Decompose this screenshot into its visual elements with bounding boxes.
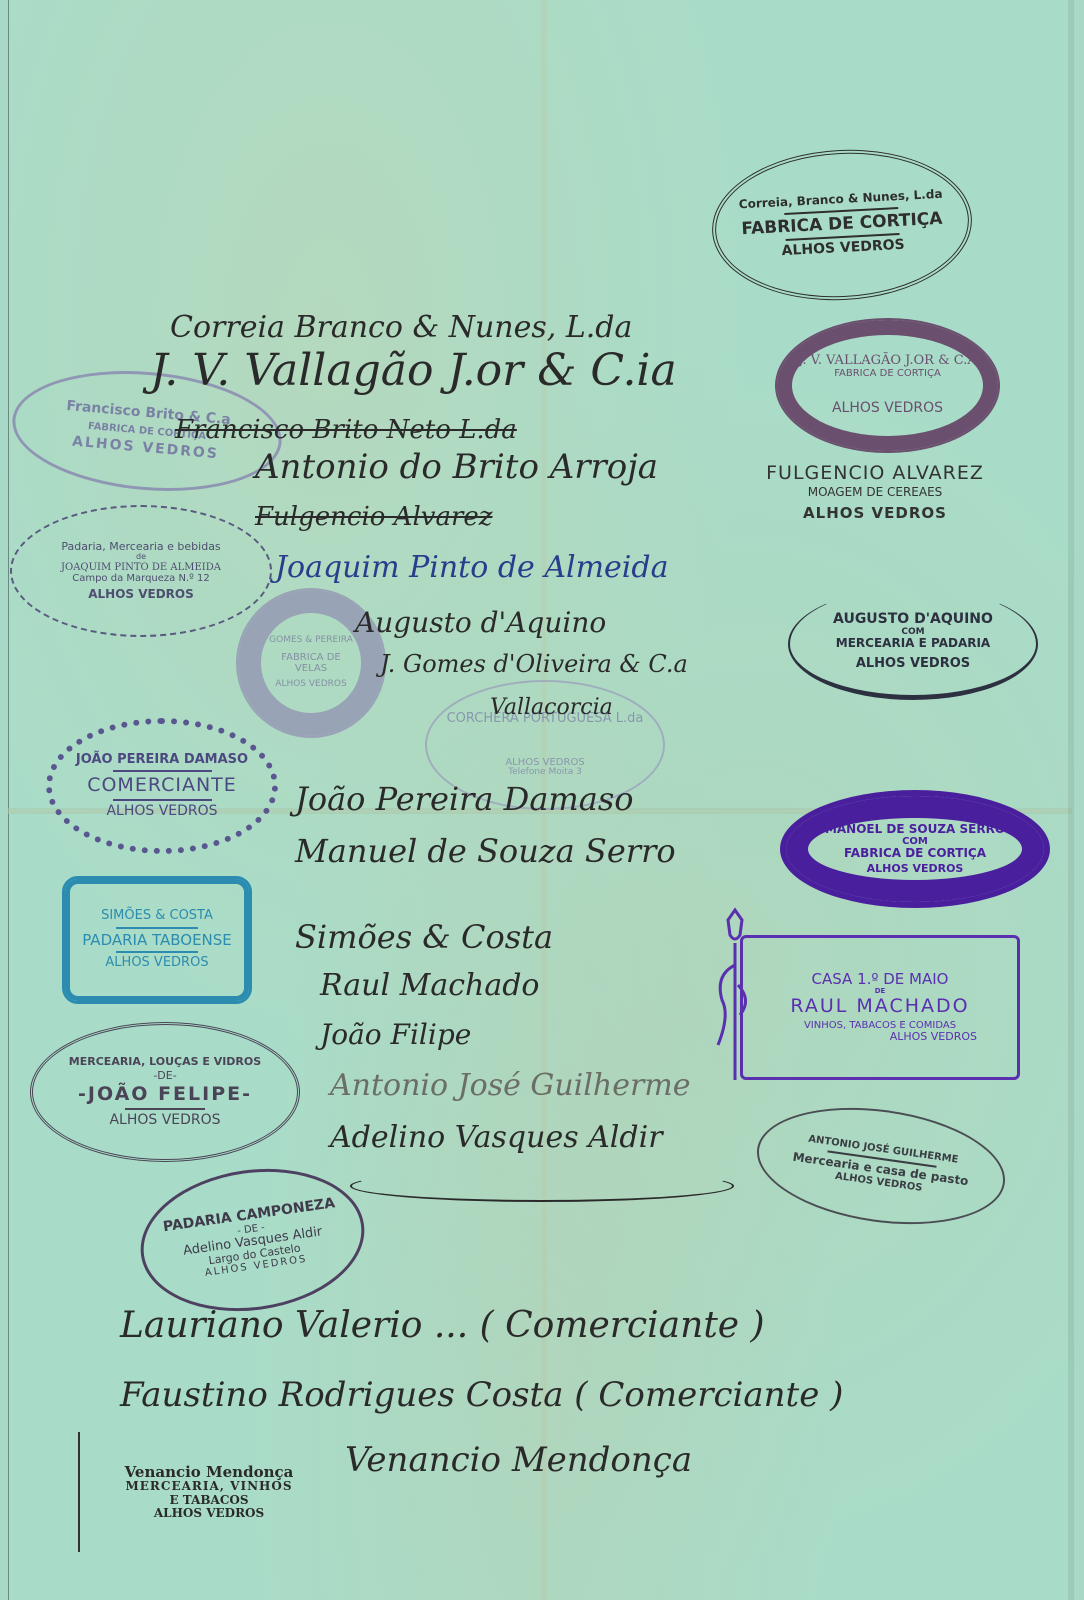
stamp-line: PADARIA TABOENSE bbox=[82, 932, 232, 949]
stamp-line: ALHOS VEDROS bbox=[781, 238, 905, 260]
signature: Correia Branco & Nunes, L.da bbox=[170, 310, 632, 345]
stamp-line: CASA 1.º DE MAIO bbox=[812, 971, 949, 988]
stamp-line: JOÃO PEREIRA DAMASO bbox=[76, 753, 248, 767]
stamp-line: Correia, Branco & Nunes, L.da bbox=[739, 188, 943, 212]
signature: Venancio Mendonça bbox=[345, 1440, 692, 1480]
stamp-line: MOAGEM DE CEREAES bbox=[808, 486, 943, 499]
stamp-vallagao: J. V. VALLAGÃO J.OR & C.A FABRICA DE COR… bbox=[775, 318, 1000, 453]
stamp-line: ALHOS VEDROS bbox=[867, 863, 964, 875]
stamp-line: E TABACOS bbox=[169, 1494, 248, 1507]
stamp-line: Venancio Mendonça bbox=[125, 1464, 294, 1481]
stamp-line: FABRICA DE CORTIÇA bbox=[834, 368, 941, 379]
signature: Simões & Costa bbox=[295, 918, 553, 956]
stamp-line: J. V. VALLAGÃO J.OR & C.A bbox=[798, 354, 977, 368]
stamp-line: -JOÃO FELIPE- bbox=[78, 1084, 252, 1105]
stamp-line: MERCEARIA, VINHOS bbox=[125, 1480, 292, 1493]
stamp-line: ALHOS VEDROS bbox=[154, 1507, 264, 1520]
signature: Fulgencio Alvarez bbox=[255, 502, 492, 532]
signature: Lauriano Valerio ... ( Comerciante ) bbox=[120, 1305, 765, 1346]
stamp-line: AUGUSTO D'AQUINO bbox=[833, 612, 993, 627]
signature: J. Gomes d'Oliveira & C.a bbox=[380, 650, 688, 678]
signature-flourish bbox=[350, 1170, 734, 1202]
tulip-ornament-icon bbox=[710, 905, 760, 1085]
stamp-line: de bbox=[136, 553, 146, 562]
stamp-line: ALHOS VEDROS bbox=[88, 588, 194, 601]
signature: Faustino Rodrigues Costa ( Comerciante ) bbox=[120, 1375, 843, 1415]
stamp-line: JOAQUIM PINTO DE ALMEIDA bbox=[61, 562, 221, 573]
stamp-line: ALHOS VEDROS bbox=[803, 505, 947, 522]
signature: Antonio do Brito Arroja bbox=[255, 447, 658, 487]
stamp-line: -DE- bbox=[153, 1070, 176, 1082]
stamp-augusto-daquino: AUGUSTO D'AQUINO COM MERCEARIA E PADARIA… bbox=[788, 588, 1038, 700]
stamp-line: Campo da Marqueza N.º 12 bbox=[72, 573, 210, 584]
signature: Adelino Vasques Aldir bbox=[330, 1120, 663, 1155]
stamp-line: RAUL MACHADO bbox=[790, 996, 969, 1017]
stamp-line: MERCEARIA E PADARIA bbox=[836, 637, 990, 650]
stamp-fulgencio-alvarez: FULGENCIO ALVAREZ MOAGEM DE CEREAES ALHO… bbox=[745, 452, 1005, 532]
stamp-line: SIMÕES & COSTA bbox=[101, 909, 213, 923]
stamp-line: ALHOS VEDROS bbox=[275, 680, 346, 690]
signature: J. V. Vallagão J.or & C.ia bbox=[150, 345, 677, 396]
paper-edge bbox=[1068, 0, 1074, 1600]
signature: Francisco Brito Neto L.da bbox=[175, 415, 517, 445]
stamp-line: FABRICA DE CORTIÇA bbox=[741, 209, 943, 238]
stamp-line: ALHOS VEDROS bbox=[105, 956, 208, 970]
stamp-line: ALHOS VEDROS bbox=[109, 1113, 220, 1128]
stamp-simoes-costa: SIMÕES & COSTA PADARIA TABOENSE ALHOS VE… bbox=[62, 876, 252, 1004]
signature: Raul Machado bbox=[320, 968, 540, 1003]
signature: João Pereira Damaso bbox=[295, 780, 634, 818]
stamp-line: Telefone Moita 3 bbox=[508, 768, 582, 778]
stamp-line: GOMES & PEREIRA bbox=[269, 636, 353, 646]
stamp-line: ALHOS VEDROS bbox=[890, 1031, 977, 1043]
stamp-line: MERCEARIA, LOUÇAS E VIDROS bbox=[69, 1056, 261, 1068]
stamp-line: ALHOS VEDROS bbox=[106, 804, 217, 819]
stamp-manoel-souza-serro: MANOEL DE SOUZA SERRO COM FABRICA DE COR… bbox=[780, 790, 1050, 908]
stamp-line: ALHOS VEDROS bbox=[832, 401, 943, 416]
stamp-joaquim-pinto-almeida: Padaria, Mercearia e bebidas de JOAQUIM … bbox=[10, 505, 272, 637]
signature: Joaquim Pinto de Almeida bbox=[275, 550, 668, 585]
stamp-line: FABRICA DE CORTIÇA bbox=[844, 847, 986, 860]
stamp-joao-felipe: MERCEARIA, LOUÇAS E VIDROS -DE- -JOÃO FE… bbox=[30, 1022, 300, 1162]
signature: Manuel de Souza Serro bbox=[295, 832, 676, 870]
stamp-raul-machado: CASA 1.º DE MAIO DE RAUL MACHADO VINHOS,… bbox=[740, 935, 1020, 1080]
stamp-line: COMERCIANTE bbox=[87, 775, 237, 796]
stamp-line: MANOEL DE SOUZA SERRO bbox=[825, 823, 1005, 836]
stamp-venancio-mendonca: Venancio Mendonça MERCEARIA, VINHOS E TA… bbox=[78, 1432, 338, 1552]
stamp-line: FABRICA DE VELAS bbox=[281, 652, 341, 674]
signature: Augusto d'Aquino bbox=[355, 606, 606, 639]
stamp-joao-pereira-damaso: JOÃO PEREIRA DAMASO COMERCIANTE ALHOS VE… bbox=[46, 718, 278, 854]
stamp-line: FULGENCIO ALVAREZ bbox=[766, 463, 984, 484]
signature: Antonio José Guilherme bbox=[330, 1068, 690, 1103]
signature: Vallacorcia bbox=[490, 695, 613, 720]
signature: João Filipe bbox=[320, 1018, 471, 1051]
stamp-line: ALHOS VEDROS bbox=[856, 657, 970, 671]
